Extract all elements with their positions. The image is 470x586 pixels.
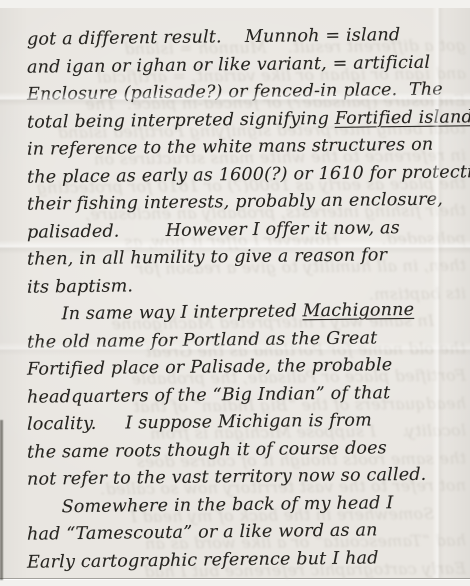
scanned-letter-page: got a different result. Munnoh = islanda…	[0, 0, 470, 586]
underlined-phrase: Machigonne	[303, 300, 415, 321]
underlined-phrase: Fortified island	[335, 107, 470, 129]
paper-sheet: got a different result. Munnoh = islanda…	[0, 8, 470, 579]
page-edge-smudge	[0, 420, 3, 580]
handwriting-line: In same way I interpreted Machigonne	[27, 296, 458, 329]
handwriting-line: Somewhere in the back of my head I	[27, 489, 458, 522]
handwriting-line: Early cartographic reference but I had	[27, 544, 458, 577]
handwriting-lines: got a different result. Munnoh = islanda…	[27, 21, 458, 576]
handwriting-line: palisaded. However I offer it now, as	[27, 214, 458, 247]
